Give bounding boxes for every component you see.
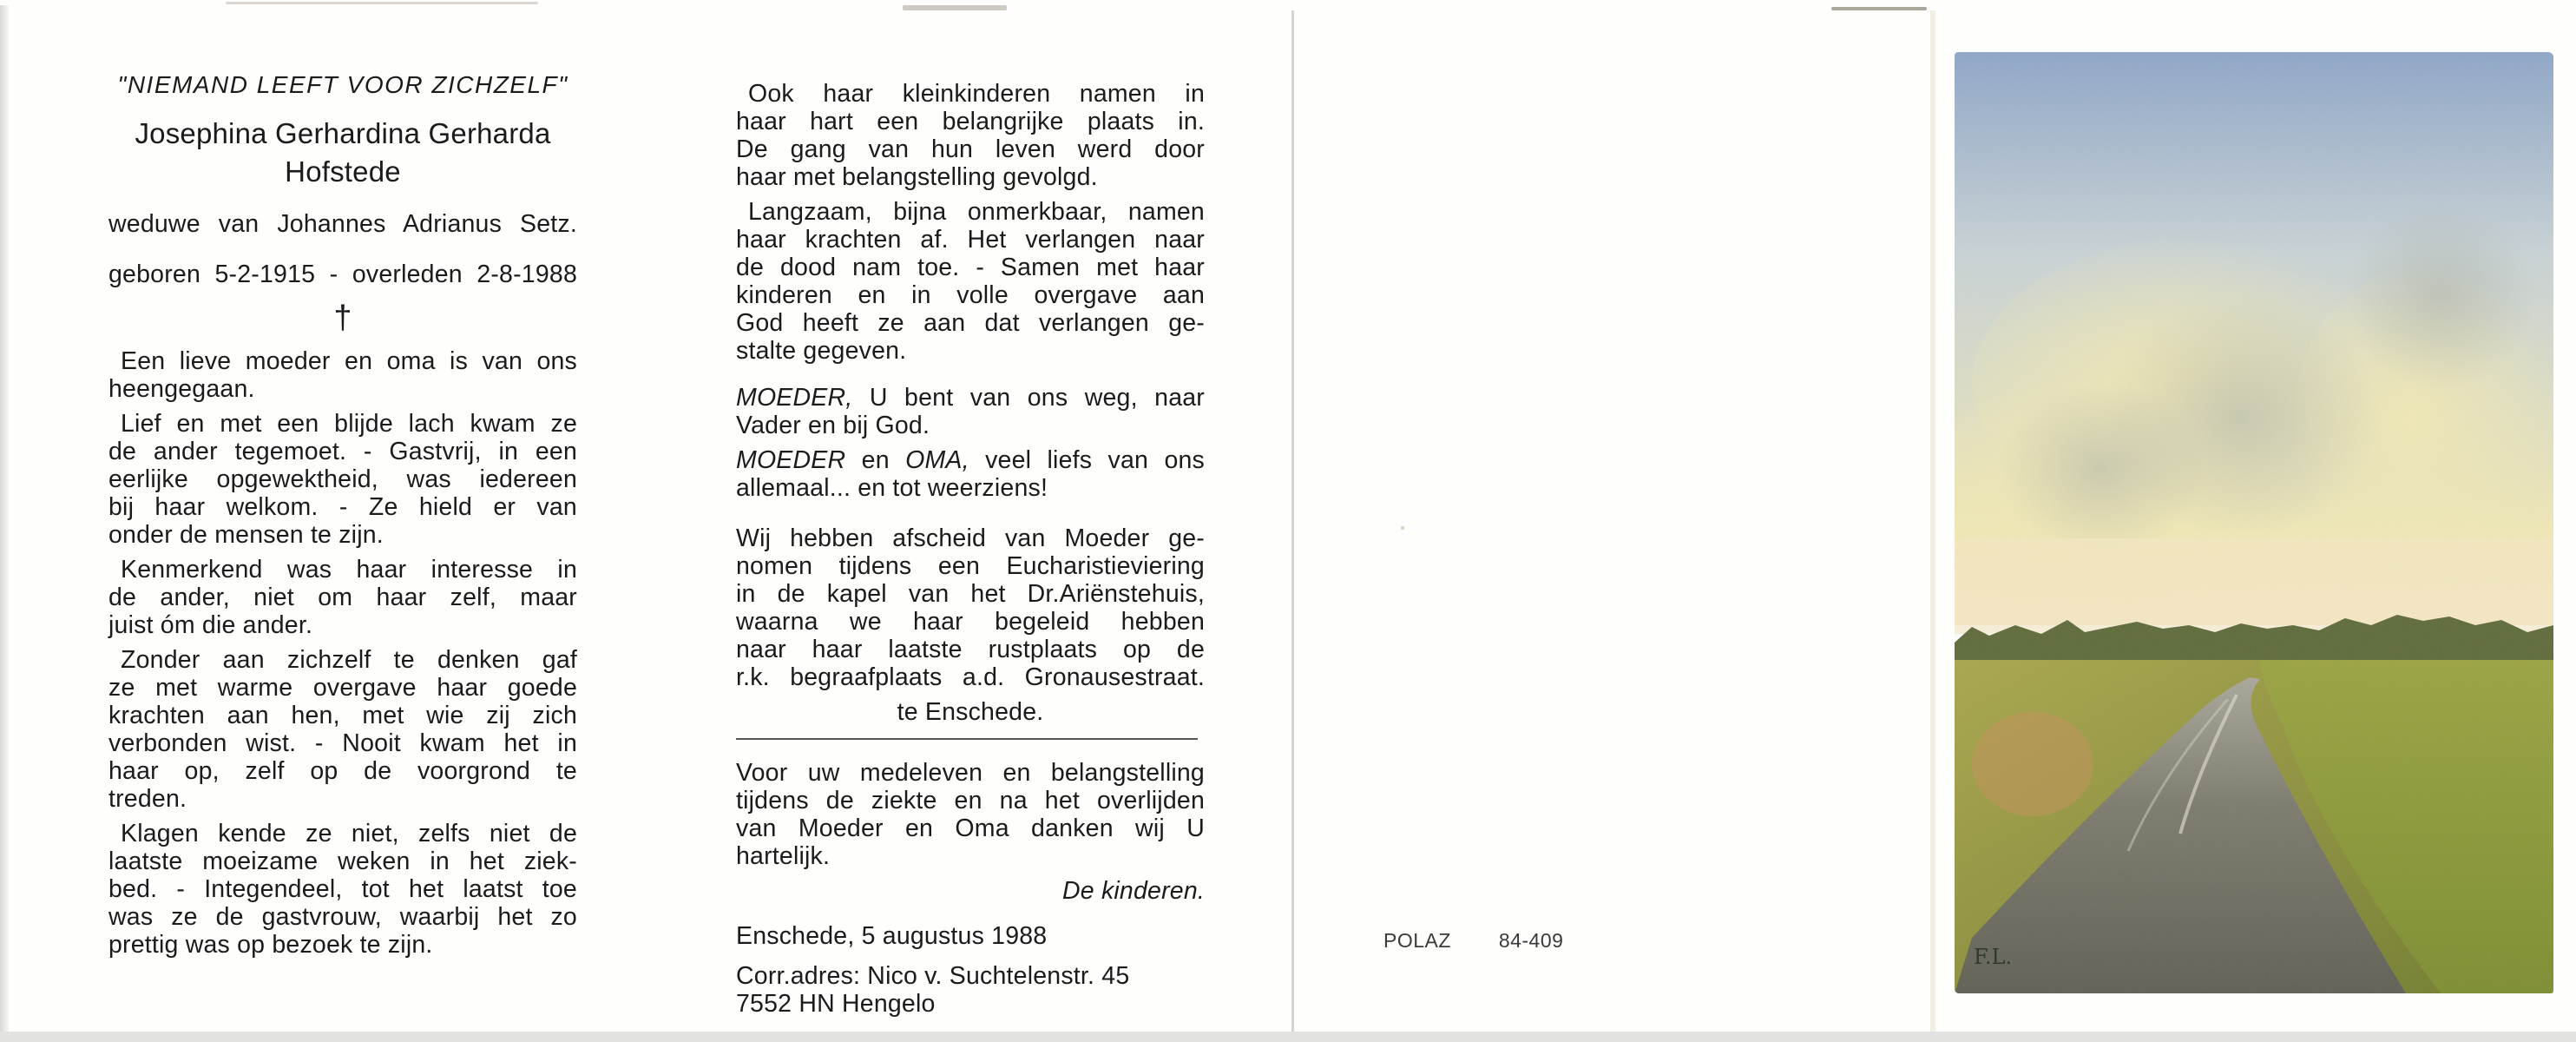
obituary-paragraph: Ook haar kleinkinderen namen inhaar hart… [736,80,1205,191]
funeral-service-text: Wij hebben afscheid van Moeder ge-nomen … [736,524,1205,691]
obituary-paragraph: Zonder aan zichzelf te denken gafze met … [108,646,577,813]
paper-crease [226,2,538,4]
name-line-1: Josephina Gerhardina Gerharda [135,117,550,149]
service-place: te Enschede. [736,698,1205,726]
place-date: Enschede, 5 augustus 1988 [736,922,1205,950]
signature: De kinderen. [736,877,1205,905]
obituary-panel-left: "NIEMAND LEEFT VOOR ZICHZELF" Josephina … [108,71,577,966]
obituary-paragraph: Langzaam, bijna onmerkbaar, namenhaar kr… [736,198,1205,365]
obituary-text-continued: Ook haar kleinkinderen namen inhaar hart… [736,80,1205,365]
obituary-panel-middle: Ook haar kleinkinderen namen inhaar hart… [736,80,1205,1018]
obituary-paragraph: Klagen kende ze niet, zelfs niet delaats… [108,820,577,959]
widow-of: weduwe van Johannes Adrianus Setz. [108,210,577,238]
life-dates: geboren 5-2-1915 - overleden 2-8-1988 [108,260,577,288]
correspondence-address: Corr.adres: Nico v. Suchtelenstr. 45 755… [736,962,1205,1018]
thanks-text: Voor uw medeleven en belangstellingtijde… [736,759,1205,870]
memorial-card: "NIEMAND LEEFT VOOR ZICHZELF" Josephina … [0,0,2576,1042]
paper-crease [903,5,1007,10]
publisher-imprint: POLAZ 84-409 [1383,929,1563,953]
obituary-paragraph: Lief en met een blijde lach kwam zede an… [108,410,577,549]
motto: "NIEMAND LEEFT VOOR ZICHZELF" [108,71,577,99]
deceased-name: Josephina Gerhardina Gerharda Hofstede [108,115,577,191]
cross-icon: † [108,299,577,337]
painting-signature: F.L. [1974,945,2012,969]
paper-speck [1401,526,1404,530]
obituary-paragraph: Een lieve moeder en oma is van onsheenge… [108,347,577,403]
card-left-edge [0,5,9,1032]
obituary-paragraph: Kenmerkend was haar interesse inde ander… [108,556,577,639]
fold-line [1291,10,1294,1032]
fold-line [1930,10,1935,1032]
obituary-text: Een lieve moeder en oma is van onsheenge… [108,347,577,959]
name-line-2: Hofstede [285,155,401,188]
watercolor-painting: F.L. [1955,52,2553,993]
scan-edge [0,1032,2576,1042]
farewell-mother: MOEDER, U bent van ons weg, naar Vader e… [736,384,1205,439]
publisher-name: POLAZ [1383,929,1451,953]
divider-rule [736,738,1198,740]
paper-crease [1831,7,1927,10]
publisher-code: 84-409 [1499,929,1564,953]
farewell-mother-grandma: MOEDER en OMA, veel liefs van ons allema… [736,446,1205,502]
